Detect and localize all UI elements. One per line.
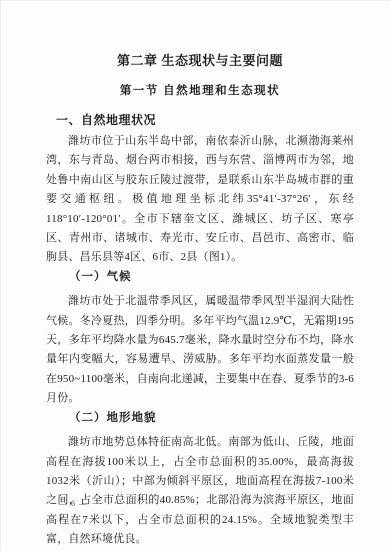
section-title: 第一节 自然地理和生态现状 xyxy=(46,85,354,98)
paragraph-climate: 潍坊市处于北温带季风区，属暖温带季风型半湿润大陆性气候。冬冷夏热，四季分明。多年… xyxy=(46,292,354,408)
page-content: 第二章 生态现状与主要问题 第一节 自然地理和生态现状 一、自然地理状况 潍坊市… xyxy=(1,1,390,550)
paragraph-terrain: 潍坊市地势总体特征南高北低。南部为低山、丘陵，地面高程在海拔100米以上，占全市… xyxy=(46,433,354,549)
subheading-terrain: （二）地形地貌 xyxy=(46,409,354,428)
paragraph-geography-overview: 潍坊市位于山东半岛中部，南依泰沂山脉，北濒渤海莱州湾，东与青岛、烟台两市相接，西… xyxy=(46,132,354,268)
chapter-title: 第二章 生态现状与主要问题 xyxy=(46,53,354,68)
heading-natural-geography: 一、自然地理状况 xyxy=(56,113,354,127)
subheading-climate: （一）气候 xyxy=(46,268,354,287)
page-number: — 6 — xyxy=(59,499,88,508)
document-page: 第二章 生态现状与主要问题 第一节 自然地理和生态现状 一、自然地理状况 潍坊市… xyxy=(0,0,390,551)
